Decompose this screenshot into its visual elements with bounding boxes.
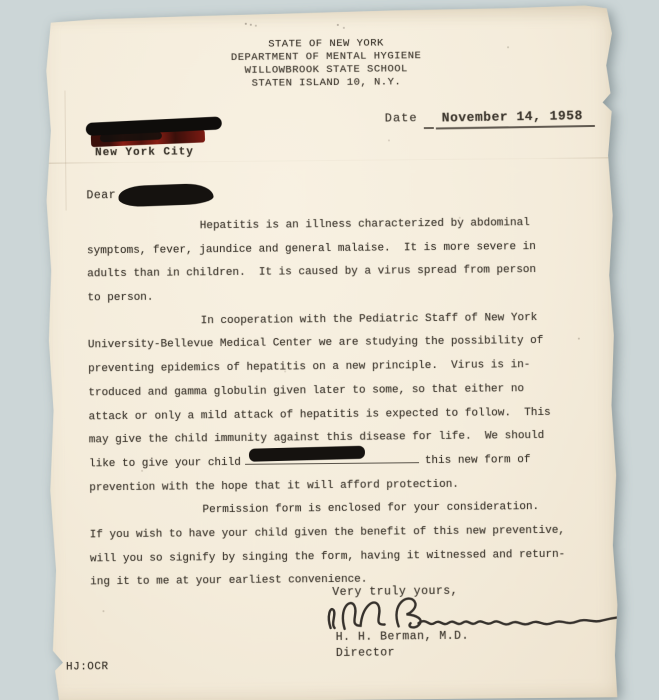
scanned-letter-page: STATE OF NEW YORK DEPARTMENT OF MENTAL H… <box>0 0 659 700</box>
date-label: Date <box>385 111 418 125</box>
redaction-black-bar-child-name <box>249 446 365 462</box>
redaction-blob-name <box>118 183 214 207</box>
body-text: like to give your child <box>89 457 241 470</box>
date-blank-tick <box>424 115 434 129</box>
letter-body: Hepatitis is an illness characterized by… <box>87 212 583 596</box>
paper-speckles <box>245 23 247 25</box>
paper-sheet: STATE OF NEW YORK DEPARTMENT OF MENTAL H… <box>37 5 626 700</box>
letter-paper: STATE OF NEW YORK DEPARTMENT OF MENTAL H… <box>37 5 626 700</box>
signed-name: H. H. Berman, M.D. <box>336 630 469 644</box>
letterhead-line-4: STATEN ISLAND 10, N.Y. <box>176 76 476 92</box>
date-line: DateNovember 14, 1958 <box>385 108 595 129</box>
salutation: Dear <box>86 189 116 202</box>
letterhead: STATE OF NEW YORK DEPARTMENT OF MENTAL H… <box>176 37 476 92</box>
vertical-crease <box>64 91 66 211</box>
body-line: adults than in children. It is caused by… <box>87 259 579 287</box>
body-text: this new form of <box>425 454 531 467</box>
recipient-city: New York City <box>95 146 194 159</box>
date-value: November 14, 1958 <box>435 108 594 130</box>
child-name-blank-line <box>245 450 419 465</box>
body-line: like to give your childthis new form of <box>89 448 581 476</box>
signed-title: Director <box>336 646 395 660</box>
reference-initials: HJ:OCR <box>66 661 109 673</box>
